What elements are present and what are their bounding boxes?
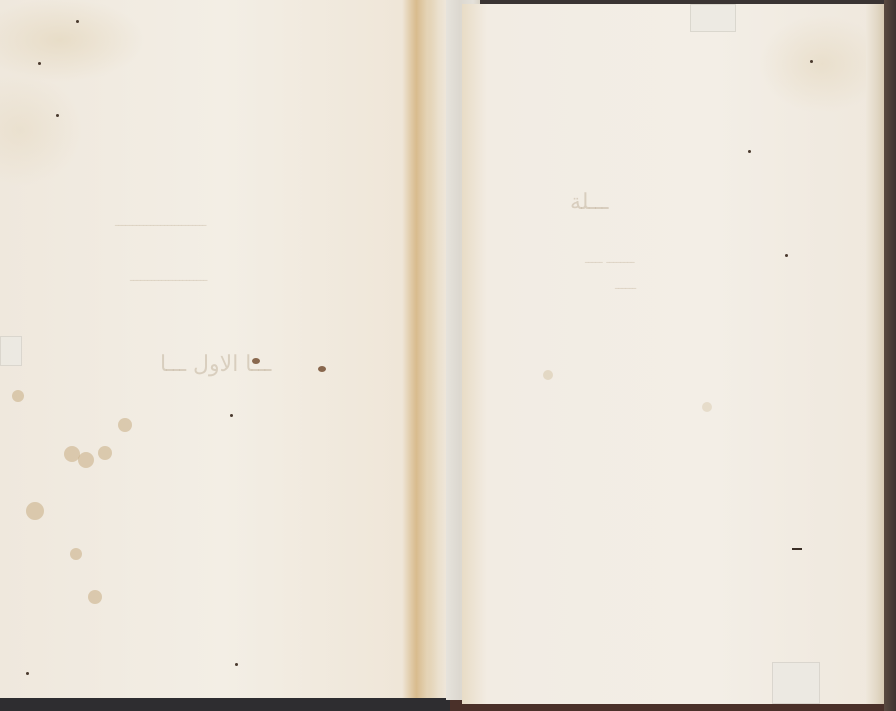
foxing-spot [78, 452, 94, 468]
left-tab-mark [0, 336, 22, 366]
foxing-spot [88, 590, 102, 604]
gutter-stain [402, 0, 438, 698]
foxing-spot [12, 390, 24, 402]
bleed-through-line: ــــــــــــــــــــــ [130, 270, 207, 284]
book-cover-edge [884, 0, 896, 711]
faint-heading: ـــلة [570, 190, 608, 215]
ink-blot [318, 366, 326, 372]
foxing-spot [118, 418, 132, 432]
ink-dot [38, 62, 41, 65]
ink-mark [792, 548, 802, 550]
ink-dot [26, 672, 29, 675]
foxing-spot [543, 370, 553, 380]
ink-dot [810, 60, 813, 63]
ink-dot [76, 20, 79, 23]
foxing-spot [26, 502, 44, 520]
ink-dot [785, 254, 788, 257]
top-tab-mark [690, 4, 736, 32]
bleed-through-line: ــــــــــــــــــــــــــ [115, 215, 206, 229]
left-page [0, 0, 448, 698]
faint-line: ــــــ [615, 278, 636, 292]
ink-dot [230, 414, 233, 417]
page-edges [866, 4, 884, 704]
ink-dot [235, 663, 238, 666]
faint-script: ـــا الاول ـــا [160, 352, 271, 377]
foxing-spot [70, 548, 82, 560]
foxing-spot [702, 402, 712, 412]
background-left [0, 696, 450, 711]
right-page [462, 4, 880, 704]
faint-line: ــــــــ ـــــ [585, 252, 635, 266]
ink-dot [56, 114, 59, 117]
bottom-tab-mark [772, 662, 820, 704]
ink-dot [748, 150, 751, 153]
foxing-spot [98, 446, 112, 460]
